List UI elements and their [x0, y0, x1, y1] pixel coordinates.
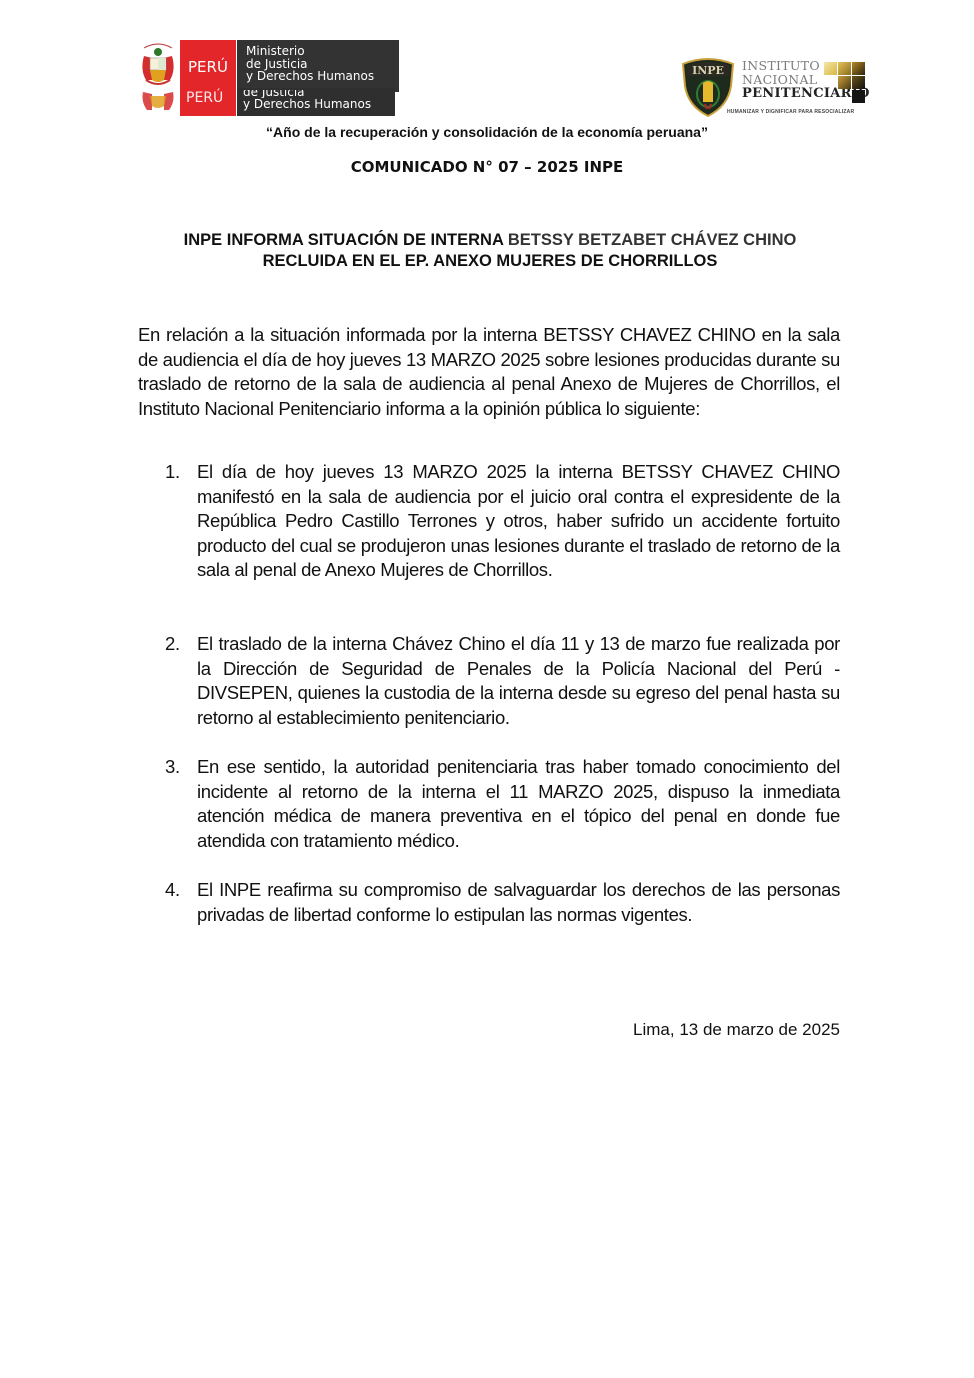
- peru-label: PERÚ: [188, 58, 228, 76]
- item-number: 1.: [165, 460, 195, 485]
- title-line-2: RECLUIDA EN EL EP. ANEXO MUJERES DE CHOR…: [263, 252, 718, 270]
- list-item: 3. En ese sentido, la autoridad penitenc…: [165, 755, 840, 853]
- peru-ghost-label: PERÚ: [186, 90, 223, 106]
- svg-text:INPE: INPE: [692, 64, 724, 77]
- item-text: El INPE reafirma su compromiso de salvag…: [197, 878, 840, 927]
- item-text: El traslado de la interna Chávez Chino e…: [197, 632, 840, 730]
- ministry-line-3: y Derechos Humanos: [246, 70, 399, 83]
- place-date: Lima, 13 de marzo de 2025: [633, 1020, 840, 1040]
- ministry-ghost-box: de Justicia y Derechos Humanos: [237, 88, 395, 116]
- inpe-tagline: HUMANIZAR Y DIGNIFICAR PARA RESOCIALIZAR: [727, 109, 854, 115]
- list-item: 2. El traslado de la interna Chávez Chin…: [165, 632, 840, 730]
- coat-of-arms-icon: [138, 40, 178, 116]
- inpe-squares-icon: [822, 60, 866, 104]
- document-title: INPE INFORMA SITUACIÓN DE INTERNA BETSSY…: [140, 230, 840, 272]
- minjus-logo: PERÚ PERÚ Ministerio de Justicia y Derec…: [138, 40, 400, 116]
- item-number: 3.: [165, 755, 195, 780]
- ministry-name-box: Ministerio de Justicia y Derechos Humano…: [237, 40, 399, 92]
- title-part-2: BETSSY BETZABET CHÁVEZ CHINO: [508, 231, 796, 249]
- peru-red-block: PERÚ PERÚ: [180, 40, 236, 116]
- year-motto: “Año de la recuperación y consolidación …: [0, 124, 974, 140]
- item-number: 2.: [165, 632, 195, 657]
- title-part-1: INPE INFORMA SITUACIÓN DE INTERNA: [184, 231, 504, 249]
- item-text: En ese sentido, la autoridad penitenciar…: [197, 755, 840, 853]
- intro-paragraph: En relación a la situación informada por…: [138, 323, 840, 421]
- item-text: El día de hoy jueves 13 MARZO 2025 la in…: [197, 460, 840, 583]
- comunicado-number: COMUNICADO N° 07 – 2025 INPE: [0, 158, 974, 176]
- item-number: 4.: [165, 878, 195, 903]
- inpe-logo: INPE INSTITUTO NACIONAL PENITENCIARIO HU…: [680, 56, 870, 120]
- ministry-ghost-line-2: y Derechos Humanos: [243, 97, 371, 111]
- list-item: 4. El INPE reafirma su compromiso de sal…: [165, 878, 840, 927]
- list-item: 1. El día de hoy jueves 13 MARZO 2025 la…: [165, 460, 840, 583]
- ministry-line-1: Ministerio: [246, 45, 399, 58]
